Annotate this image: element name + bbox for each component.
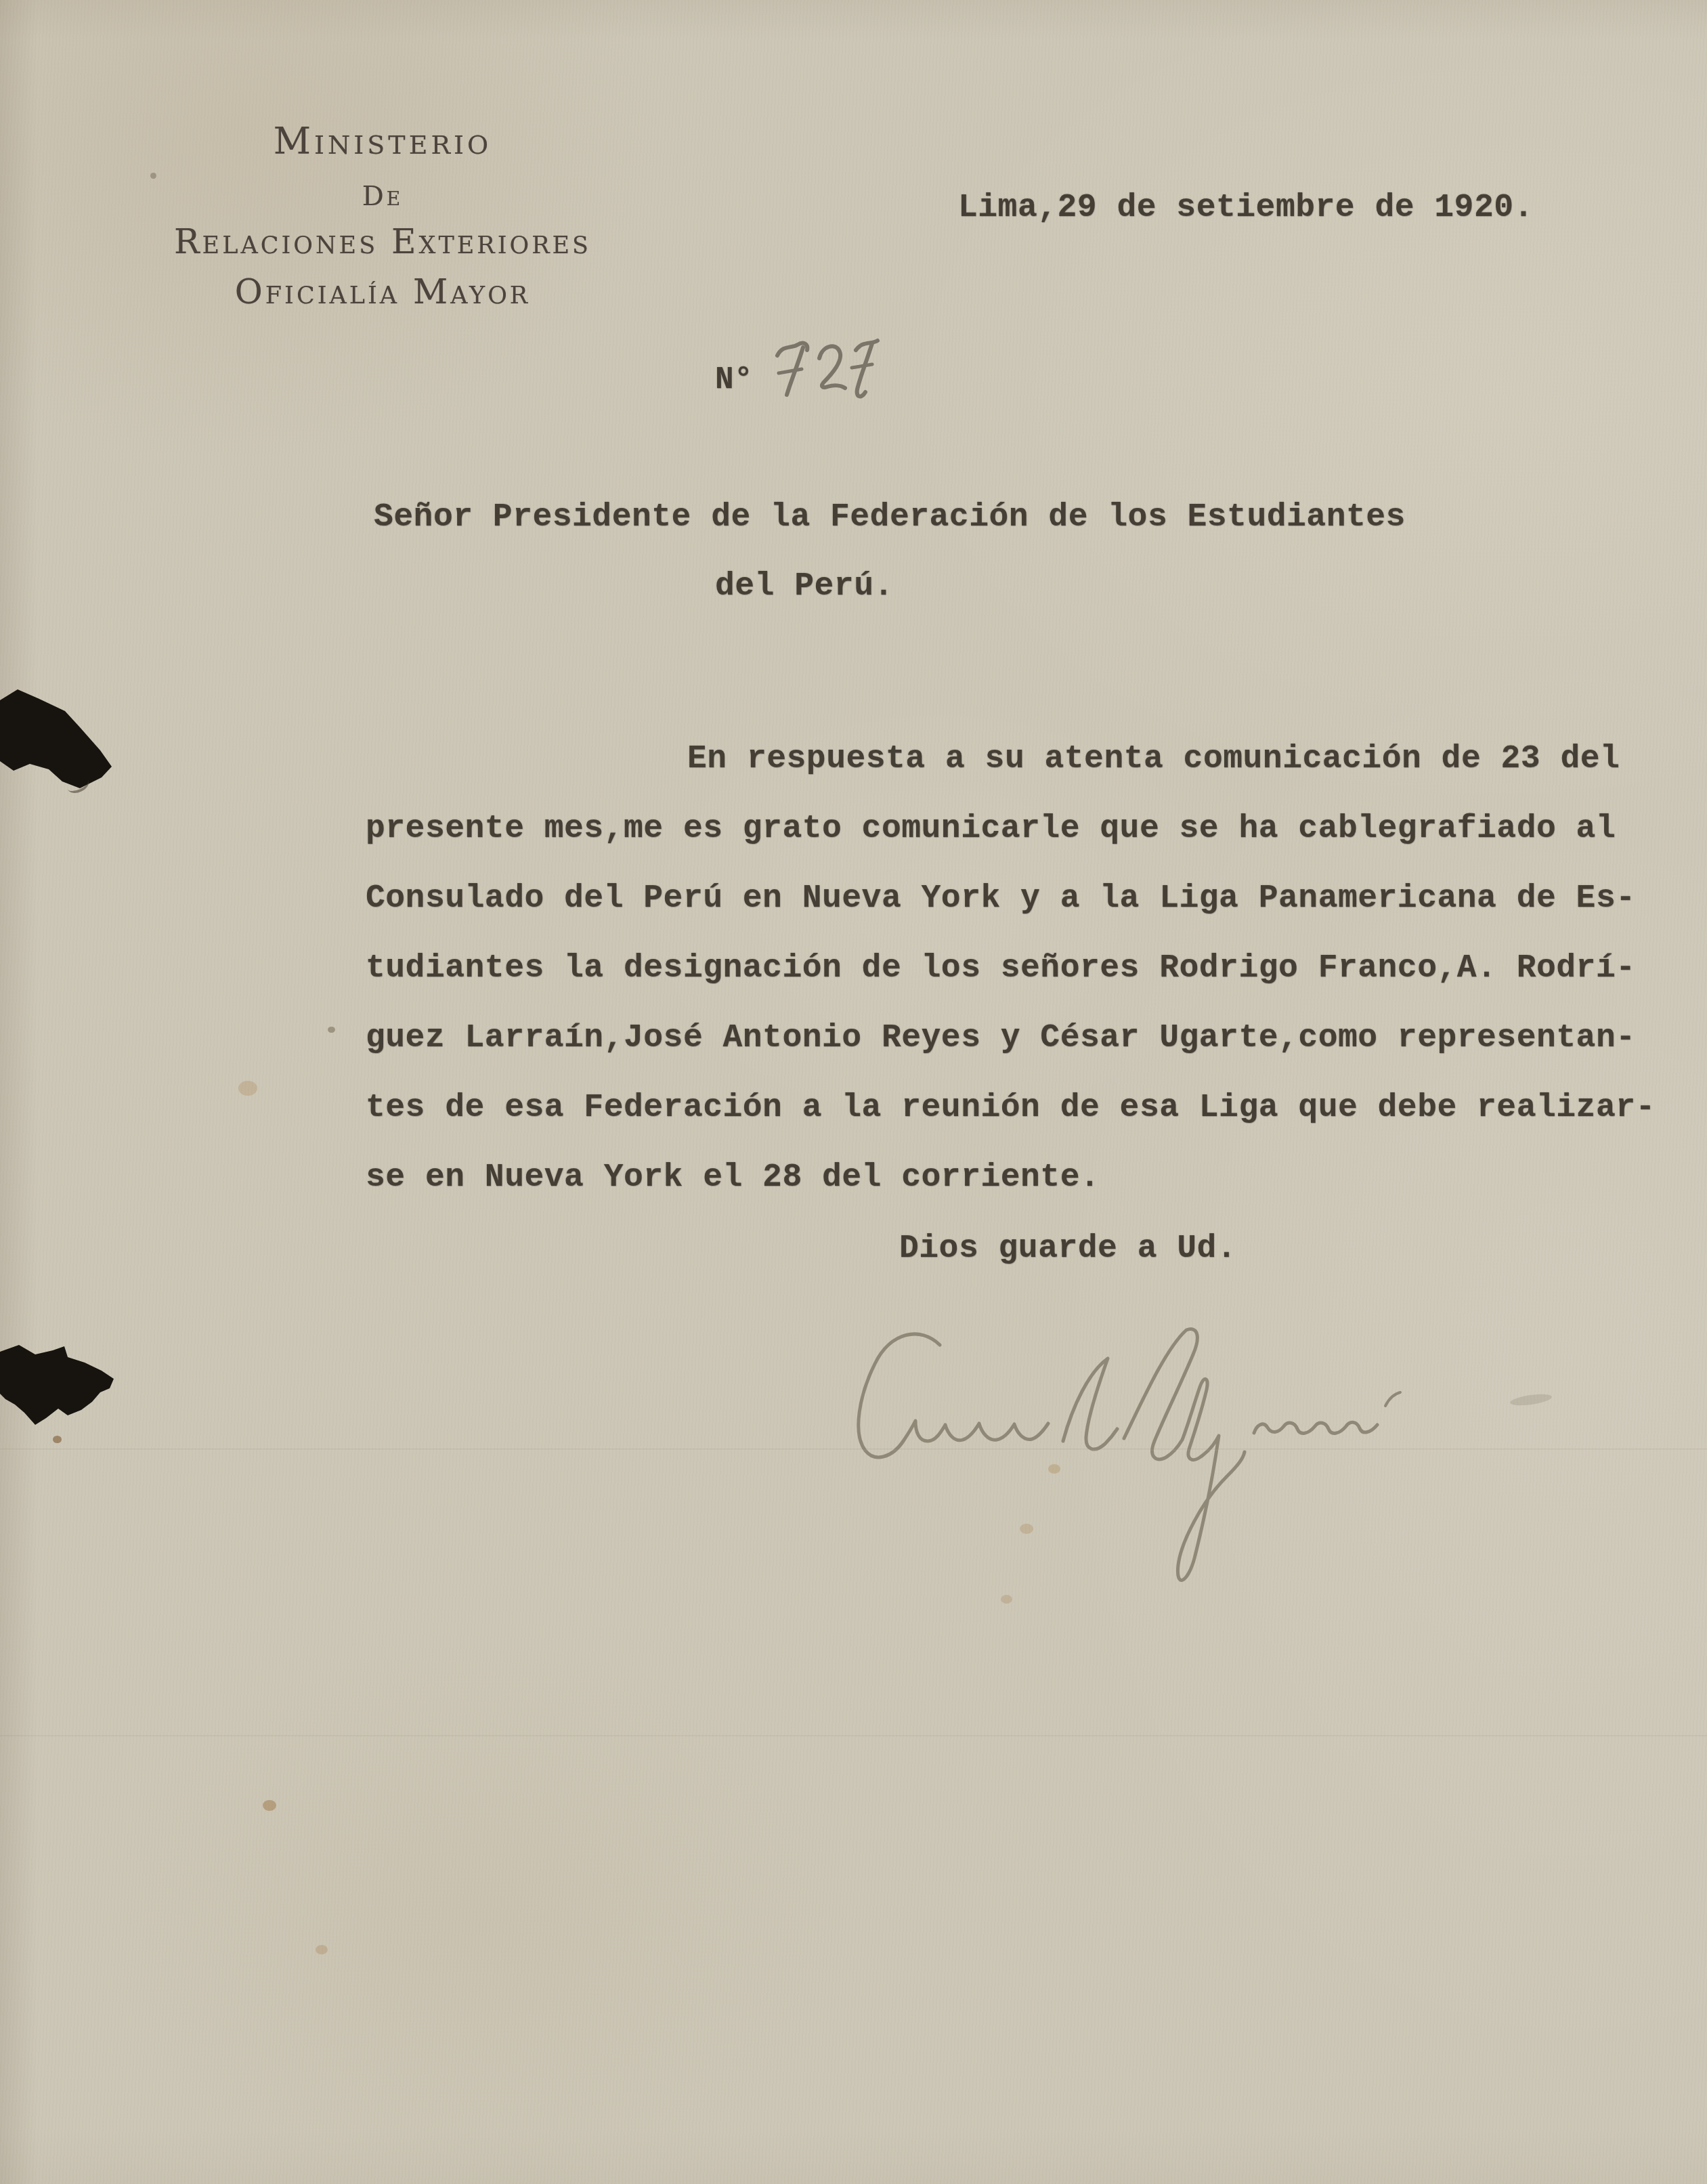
letter-document: Ministerio De Relaciones Exteriores Ofic… [0,0,1707,2184]
handwritten-727-strokes [769,332,894,408]
addressee-line-2: del Perú. [715,570,894,603]
horizontal-crease-faint [0,1735,1707,1736]
addressee-line-1: Señor Presidente de la Federación de los… [374,501,1406,534]
paper-fleck [150,173,156,179]
letterhead-line-ministerio: Ministerio [139,123,626,160]
horizontal-crease [0,1449,1707,1451]
pencil-smudge [1509,1392,1552,1407]
dateline: Lima,29 de setiembre de 1920. [958,192,1534,224]
document-number-label: N° [715,364,753,395]
letterhead-line-oficialia-mayor: Oficialía Mayor [139,275,626,309]
foxing-stain [316,1945,328,1954]
letterhead: Ministerio De Relaciones Exteriores Ofic… [139,123,626,309]
signature-autograph: César A. Elguera [840,1322,1483,1598]
body-line-2: presente mes,me es grato comunicarle que… [366,813,1616,845]
foxing-stain [238,1081,257,1096]
body-line-4: tudiantes la designación de los señores … [366,952,1636,985]
letterhead-line-relaciones-exteriores: Relaciones Exteriores [139,225,626,259]
letterhead-line-de: De [139,183,626,210]
closing-salute: Dios guarde a Ud. [899,1233,1236,1265]
torn-hole-upper [0,688,115,793]
paper-fleck [328,1027,335,1033]
body-line-7: se en Nueva York el 28 del corriente. [366,1161,1100,1194]
foxing-stain [1048,1464,1060,1474]
document-number-handwritten: 727 [769,332,894,408]
body-line-3: Consulado del Perú en Nueva York y a la … [366,882,1636,915]
body-line-6: tes de esa Federación a la reunión de es… [366,1092,1656,1124]
signature-strokes [840,1322,1483,1598]
body-line-1: En respuesta a su atenta comunicación de… [687,743,1620,775]
body-line-5: guez Larraín,José Antonio Reyes y César … [366,1022,1636,1054]
foxing-stain [1001,1595,1012,1604]
torn-hole-lower [0,1345,118,1428]
paper-fleck [53,1436,62,1443]
foxing-stain [263,1800,276,1811]
foxing-stain [1020,1524,1033,1534]
